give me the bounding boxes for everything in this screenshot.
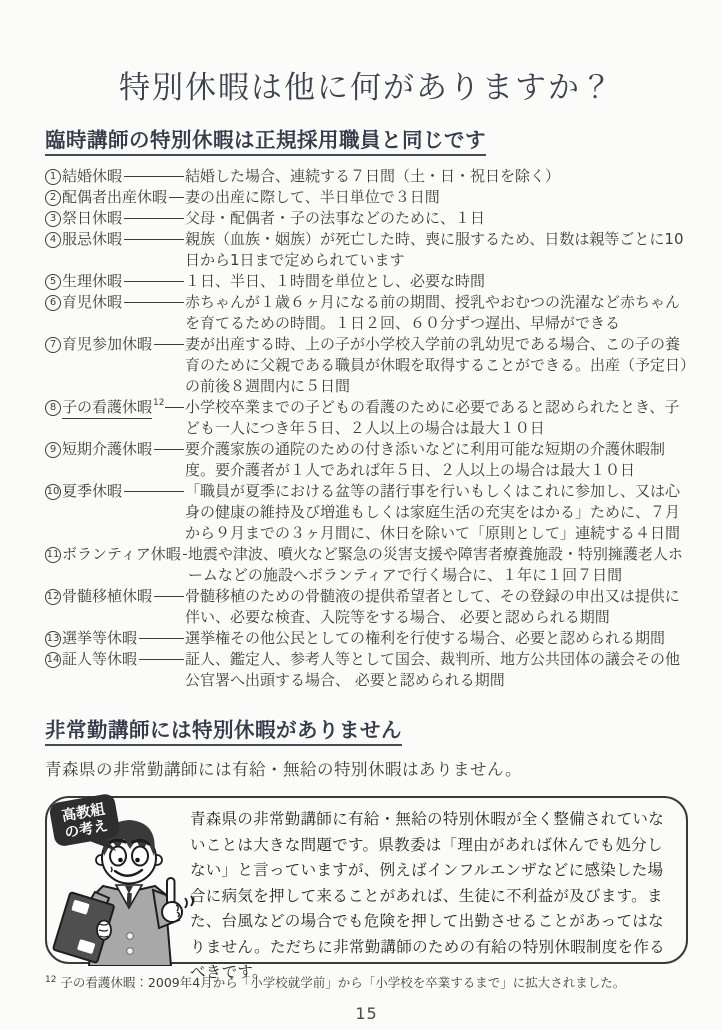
leave-item: 12骨髄移植休暇骨髄移植のための骨髄液の提供希望者として、その登録の申出又は提供… (45, 586, 688, 628)
leave-item-desc: 父母・配偶者・子の法事などのために、１日 (185, 208, 688, 229)
leave-item-desc: 証人、鑑定人、参考人等として国会、裁判所、地方公共団体の議会その他公官署へ出頭す… (185, 649, 688, 691)
leave-item-number: 1 (45, 169, 61, 185)
leave-item-label: 1結婚休暇 (45, 166, 185, 187)
page-number: 15 (45, 1004, 688, 1023)
leave-item-label: 8子の看護休暇12 (45, 397, 185, 439)
leave-item-label: 11ボランティア休暇 (45, 544, 188, 586)
leave-item: 3祭日休暇父母・配偶者・子の法事などのために、１日 (45, 208, 688, 229)
leave-item-dash (124, 302, 184, 303)
leave-item-number: 14 (45, 652, 61, 668)
leave-item-desc: 妻の出産に際して、半日単位で３日間 (185, 187, 688, 208)
leave-item-desc: 妻が出産する時、上の子が小学校入学前の乳幼児である場合、この子の養育のために父親… (185, 334, 688, 397)
leave-item-number: 4 (45, 232, 61, 248)
leave-item-label: 13選挙等休暇 (45, 628, 185, 649)
leave-item-number: 12 (45, 589, 61, 605)
leave-item-name: 夏季休暇 (62, 481, 122, 502)
leave-item-label: 5生理休暇 (45, 271, 185, 292)
leave-item-desc: 「職員が夏季における盆等の諸行事を行いもしくはこれに参加し、又は心身の健康の維持… (185, 481, 688, 544)
leave-item-dash (154, 344, 184, 345)
leave-item-desc: 小学校卒業までの子どもの看護のために必要であると認められたとき、子ども一人につき… (185, 397, 688, 439)
leave-item-name: 育児休暇 (62, 292, 122, 313)
leave-item-number: 13 (45, 631, 61, 647)
section-regular: 臨時講師の特別休暇は正規採用職員と同じです 1結婚休暇結婚した場合、連続する７日… (45, 123, 688, 691)
leave-item-label: 9短期介護休暇 (45, 439, 185, 481)
leave-item-name: 子の看護休暇 (62, 397, 152, 419)
parttime-lead-text: 青森県の非常勤講師には有給・無給の特別休暇はありません。 (45, 756, 688, 780)
leave-item-desc: 赤ちゃんが１歳６ヶ月になる前の期間、授乳やおむつの洗濯など赤ちゃんを育てるための… (185, 292, 688, 334)
leave-item: 7育児参加休暇妻が出産する時、上の子が小学校入学前の乳幼児である場合、この子の養… (45, 334, 688, 397)
leave-item-number: 3 (45, 211, 61, 227)
leave-item-name: 短期介護休暇 (62, 439, 152, 460)
leave-item: 4服忌休暇親族（血族・姻族）が死亡した時、喪に服するため、日数は親等ごとに10日… (45, 229, 688, 271)
leave-item-number: 6 (45, 295, 61, 311)
section-parttime: 非常勤講師には特別休暇がありません 青森県の非常勤講師には有給・無給の特別休暇は… (45, 713, 688, 780)
leave-item: 11ボランティア休暇地震や津波、噴火など緊急の災害支援や障害者療養施設・特別擁護… (45, 544, 688, 586)
leave-item-name: 育児参加休暇 (62, 334, 152, 355)
leave-item-dash (183, 554, 187, 555)
leave-item-label: 7育児参加休暇 (45, 334, 185, 397)
leave-item: 13選挙等休暇選挙権その他公民としての権利を行使する場合、必要と認められる期間 (45, 628, 688, 649)
leave-item: 14証人等休暇証人、鑑定人、参考人等として国会、裁判所、地方公共団体の議会その他… (45, 649, 688, 691)
leave-item-desc: 選挙権その他公民としての権利を行使する場合、必要と認められる期間 (185, 628, 688, 649)
leave-item-name: 証人等休暇 (62, 649, 137, 670)
leave-item-number: 10 (45, 484, 61, 500)
leave-item-label: 4服忌休暇 (45, 229, 185, 271)
union-mascot-illustration: 高教組 の考え (45, 790, 197, 966)
leave-item-label: 12骨髄移植休暇 (45, 586, 185, 628)
leave-item-name: 服忌休暇 (62, 229, 122, 250)
leave-item-dash (139, 638, 184, 639)
leave-item-sup: 12 (153, 393, 164, 414)
leave-item-desc: 地震や津波、噴火など緊急の災害支援や障害者療養施設・特別擁護老人ホームなどの施設… (188, 544, 688, 586)
leave-item: 5生理休暇１日、半日、１時間を単位とし、必要な時間 (45, 271, 688, 292)
leave-item-number: 2 (45, 190, 61, 206)
leave-item: 6育児休暇赤ちゃんが１歳６ヶ月になる前の期間、授乳やおむつの洗濯など赤ちゃんを育… (45, 292, 688, 334)
leave-item-number: 8 (45, 400, 61, 416)
leave-item-number: 9 (45, 442, 61, 458)
leave-item-desc: 結婚した場合、連続する７日間（土・日・祝日を除く） (185, 166, 688, 187)
leave-item-name: 選挙等休暇 (62, 628, 137, 649)
section-heading-regular: 臨時講師の特別休暇は正規採用職員と同じです (45, 123, 486, 156)
leave-item: 9短期介護休暇要介護家族の通院のための付き添いなどに利用可能な短期の介護休暇制度… (45, 439, 688, 481)
leave-item-label: 14証人等休暇 (45, 649, 185, 691)
leave-item-dash (124, 239, 184, 240)
leave-item-dash (139, 659, 184, 660)
leave-item-desc: 親族（血族・姻族）が死亡した時、喪に服するため、日数は親等ごとに10日から1日ま… (185, 229, 688, 271)
page-title: 特別休暇は他に何がありますか？ (45, 62, 688, 107)
leave-item-desc: 要介護家族の通院のための付き添いなどに利用可能な短期の介護休暇制度。要介護者が１… (185, 439, 688, 481)
leave-item-dash (169, 197, 184, 198)
leave-item: 8子の看護休暇12小学校卒業までの子どもの看護のために必要であると認められたとき… (45, 397, 688, 439)
leave-item-dash (124, 281, 184, 282)
leave-item-name: 祭日休暇 (62, 208, 122, 229)
document-page: 特別休暇は他に何がありますか？ 臨時講師の特別休暇は正規採用職員と同じです 1結… (0, 0, 722, 1030)
leave-item-desc: １日、半日、１時間を単位とし、必要な時間 (185, 271, 688, 292)
leave-item-dash (154, 596, 184, 597)
leave-item-dash (124, 491, 184, 492)
leave-item-dash (124, 218, 184, 219)
leave-item-label: 2配偶者出産休暇 (45, 187, 185, 208)
leave-item-label: 3祭日休暇 (45, 208, 185, 229)
leave-item-name: 配偶者出産休暇 (62, 187, 167, 208)
leave-item-number: 7 (45, 337, 61, 353)
leave-item-dash (154, 449, 184, 450)
leave-item-label: 6育児休暇 (45, 292, 185, 334)
leave-item-label: 10夏季休暇 (45, 481, 185, 544)
leave-item-name: 生理休暇 (62, 271, 122, 292)
leave-item-dash (124, 176, 184, 177)
leave-item-number: 11 (45, 547, 61, 563)
opinion-box: 高教組 の考え 青森県の非常勤講師に有給・無給の特別休暇が全く整備されていないこ… (45, 796, 688, 964)
leave-item-desc: 骨髄移植のための骨髄液の提供希望者として、その登録の申出又は提供に伴い、必要な検… (185, 586, 688, 628)
leave-item: 2配偶者出産休暇妻の出産に際して、半日単位で３日間 (45, 187, 688, 208)
leave-item-dash (165, 407, 184, 408)
section-heading-parttime: 非常勤講師には特別休暇がありません (45, 713, 402, 746)
leave-item: 1結婚休暇結婚した場合、連続する７日間（土・日・祝日を除く） (45, 166, 688, 187)
leave-item: 10夏季休暇「職員が夏季における盆等の諸行事を行いもしくはこれに参加し、又は心身… (45, 481, 688, 544)
leave-item-number: 5 (45, 274, 61, 290)
leave-item-name: 結婚休暇 (62, 166, 122, 187)
leave-item-name: 骨髄移植休暇 (62, 586, 152, 607)
leave-list: 1結婚休暇結婚した場合、連続する７日間（土・日・祝日を除く）2配偶者出産休暇妻の… (45, 166, 688, 691)
leave-item-name: ボランティア休暇 (62, 544, 181, 565)
